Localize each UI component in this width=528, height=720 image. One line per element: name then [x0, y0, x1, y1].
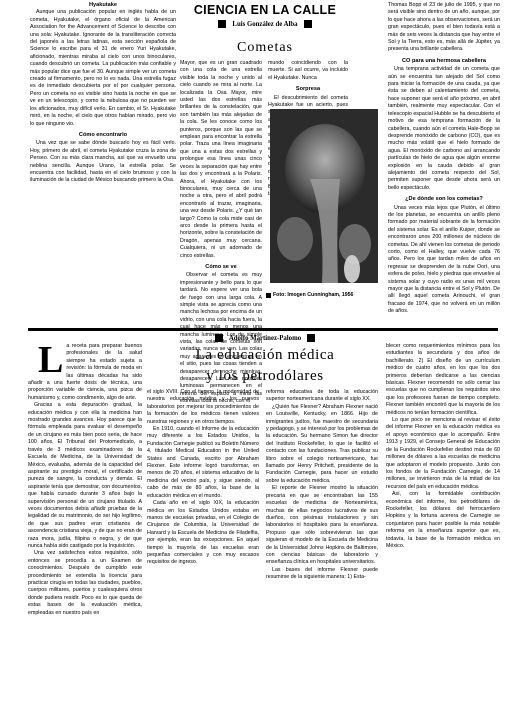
section-divider	[28, 328, 498, 331]
paragraph: mundo coincidiendo con la muerte. Si así…	[268, 60, 348, 82]
article1-column-1: Hyakutake Aunque una publicación popular…	[30, 2, 176, 185]
headline-line-2: y los petrodólares	[170, 366, 360, 387]
caption-text: Foto: Imogen Cunningham, 1956	[273, 292, 353, 298]
paragraph: ¿Quién fue Flexner? Abraham Flexner naci…	[266, 404, 378, 485]
article-photo	[270, 109, 378, 283]
paragraph: Una vez que se sabe dónde buscarlo hoy e…	[30, 140, 176, 184]
headline-line-1: La educación médica	[170, 345, 360, 366]
article2-headline: La educación médica y los petrodólares	[170, 345, 360, 387]
paragraph: reforma educativa de toda la educación s…	[266, 389, 378, 404]
square-bullet-icon	[307, 334, 315, 342]
paragraph: Lo que poco se menciona al revisar el éx…	[386, 417, 500, 491]
subheading-hyakutake: Hyakutake	[30, 2, 176, 9]
author-name: Adolfo Martínez-Palomo	[229, 335, 301, 342]
subheading-como-encontrarlo: Cómo encontrarlo	[30, 132, 176, 139]
square-bullet-icon	[266, 293, 271, 298]
subheading-origen-cometas: ¿De dónde son los cometas?	[388, 196, 500, 203]
article2-byline: Adolfo Martínez-Palomo	[180, 334, 350, 342]
paragraph: Aunque una publicación popular en inglés…	[30, 9, 176, 128]
paragraph: Gracias a esta depuración gradual, la ed…	[28, 402, 142, 550]
photo-caption: Foto: Imogen Cunningham, 1956	[266, 292, 353, 298]
article2-column-1: L a receta para preparar buenos profesio…	[28, 343, 142, 617]
square-bullet-icon	[215, 334, 223, 342]
square-bullet-icon	[218, 20, 226, 28]
paragraph: Thomas Bopp el 23 de julio de 1995, y qu…	[388, 2, 500, 54]
article2-column-4: blecer como requerimientos mínimos para …	[386, 343, 500, 550]
square-bullet-icon	[304, 20, 312, 28]
article2-column-2: el siglo XVIII. Con el tiempo, la modern…	[147, 389, 259, 567]
paragraph: Las bases del informe Flexner puede resu…	[266, 567, 378, 582]
paragraph: Mayor, que es un gran cuadrado con una c…	[180, 60, 262, 260]
author-name: Luis González de Alba	[232, 21, 297, 28]
paragraph: el siglo XVIII. Con el tiempo, la modern…	[147, 389, 259, 426]
section-title: CIENCIA EN LA CALLE	[180, 3, 350, 17]
paragraph: Cada año en el siglo XIX, la educación m…	[147, 500, 259, 567]
subheading-como-se-ve: Cómo se ve	[180, 264, 262, 271]
paragraph: blecer como requerimientos mínimos para …	[386, 343, 500, 417]
hands-photo-image	[270, 109, 378, 283]
subheading-co: CO para una hermosa cabellera	[388, 58, 500, 65]
subheading-sorpresa: Sorpresa	[268, 86, 348, 93]
article1-headline: Cometas	[180, 40, 350, 56]
article1-byline: Luis González de Alba	[180, 20, 350, 28]
paragraph: Unas veces más lejos que Plutón, el últi…	[388, 205, 500, 316]
paragraph: Así, con la formidable contribución econ…	[386, 491, 500, 550]
paragraph: Una temprana actividad de un cometa que …	[388, 66, 500, 192]
paragraph: En 1910, cuando el Informe de la educaci…	[147, 426, 259, 500]
drop-cap: L	[38, 345, 63, 375]
newspaper-page: Hyakutake Aunque una publicación popular…	[0, 0, 528, 720]
article2-column-3: reforma educativa de toda la educación s…	[266, 389, 378, 582]
paragraph: Una vez satisfechos estos requisitos, só…	[28, 550, 142, 617]
article1-column-4: Thomas Bopp el 23 de julio de 1995, y qu…	[388, 2, 500, 316]
paragraph: El reporte de Flexner mostró la situació…	[266, 485, 378, 566]
